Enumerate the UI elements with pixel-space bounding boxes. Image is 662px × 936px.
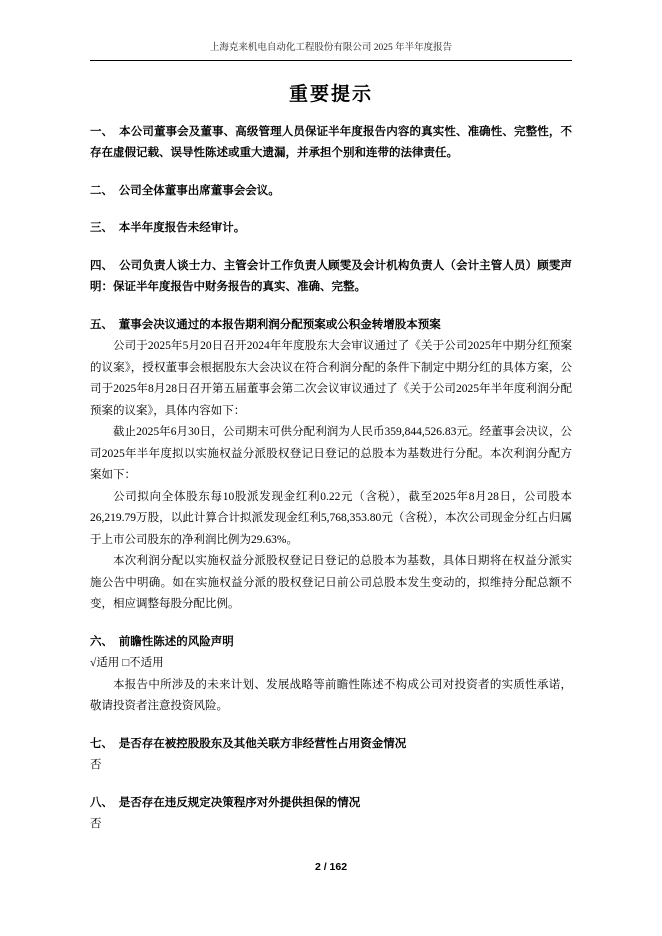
section-6-heading: 六、 前瞻性陈述的风险声明 — [90, 632, 572, 654]
section-3-statement: 三、 本半年度报告未经审计。 — [90, 218, 572, 240]
page-header: 上海克来机电自动化工程股份有限公司 2025 年半年度报告 — [90, 42, 572, 61]
page-number: 2 / 162 — [0, 857, 662, 879]
section-5-paragraph-2: 截止2025年6月30日，公司期末可供分配利润为人民币359,844,526.8… — [90, 422, 572, 487]
section-5-paragraph-1: 公司于2025年5月20日召开2024年年度股东大会审议通过了《关于公司2025… — [90, 336, 572, 422]
section-7-heading: 七、 是否存在被控股股东及其他关联方非经营性占用资金情况 — [90, 734, 572, 756]
section-7-answer: 否 — [90, 755, 572, 777]
applicable-label: 适用 — [96, 657, 119, 669]
applicability-line: √适用 □不适用 — [90, 653, 572, 675]
page-title: 重要提示 — [90, 84, 572, 106]
section-8-answer: 否 — [90, 814, 572, 836]
section-1-statement: 一、 本公司董事会及董事、高级管理人员保证半年度报告内容的真实性、准确性、完整性… — [90, 122, 572, 165]
not-applicable-label: 不适用 — [129, 657, 164, 669]
section-2-statement: 二、 公司全体董事出席董事会会议。 — [90, 181, 572, 203]
section-5-heading: 五、 董事会决议通过的本报告期利润分配预案或公积金转增股本预案 — [90, 315, 572, 337]
section-5-paragraph-3: 公司拟向全体股东每10股派发现金红利0.22元（含税），截至2025年8月28日… — [90, 487, 572, 552]
section-8-heading: 八、 是否存在违反规定决策程序对外提供担保的情况 — [90, 793, 572, 815]
section-4-statement: 四、 公司负责人谈士力、主管会计工作负责人顾雯及会计机构负责人（会计主管人员）顾… — [90, 256, 572, 299]
report-page: 上海克来机电自动化工程股份有限公司 2025 年半年度报告 重要提示 一、 本公… — [0, 0, 662, 936]
section-6-paragraph: 本报告中所涉及的未来计划、发展战略等前瞻性陈述不构成公司对投资者的实质性承诺，敬… — [90, 675, 572, 718]
report-header-title: 上海克来机电自动化工程股份有限公司 2025 年半年度报告 — [90, 42, 572, 55]
section-5-paragraph-4: 本次利润分配以实施权益分派股权登记日登记的总股本为基数，具体日期将在权益分派实施… — [90, 551, 572, 616]
